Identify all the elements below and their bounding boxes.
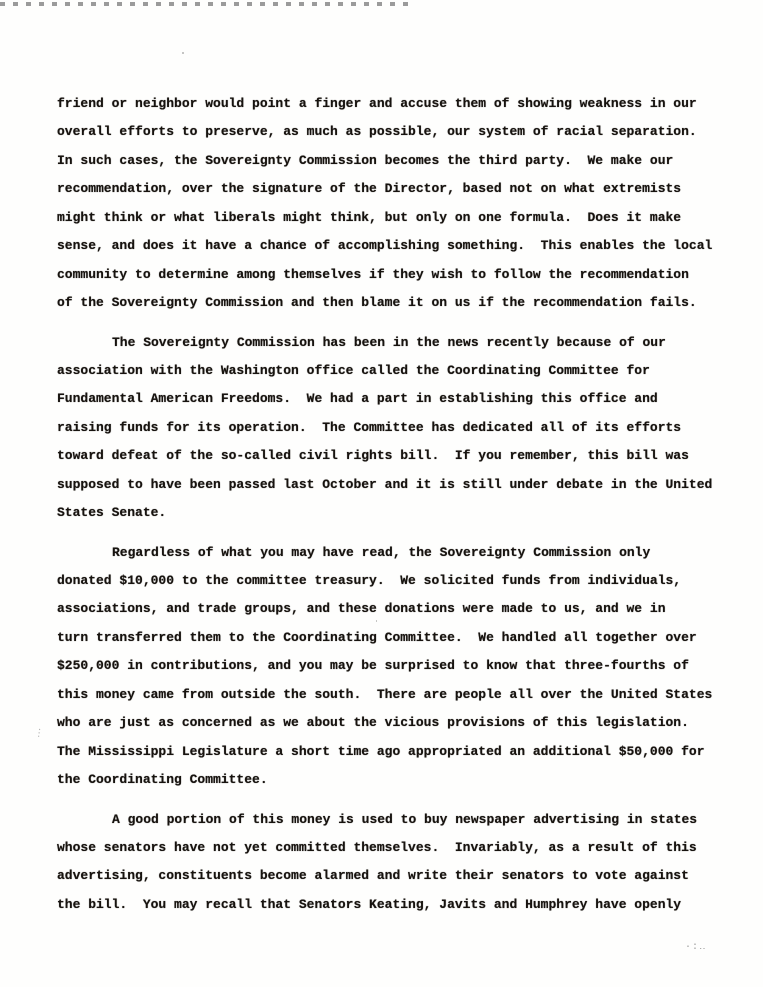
text-line: donated $10,000 to the committee treasur…: [57, 567, 725, 595]
text-line: friend or neighbor would point a finger …: [57, 90, 725, 118]
scanned-document-page: friend or neighbor would point a finger …: [0, 0, 763, 987]
paragraph: The Sovereignty Commission has been in t…: [57, 329, 725, 528]
text-line: Fundamental American Freedoms. We had a …: [57, 385, 725, 413]
paragraph: Regardless of what you may have read, th…: [57, 539, 725, 795]
text-line: this money came from outside the south. …: [57, 681, 725, 709]
text-line: In such cases, the Sovereignty Commissio…: [57, 147, 725, 175]
text-line: who are just as concerned as we about th…: [57, 709, 725, 737]
scan-noise-speck: [66, 241, 68, 243]
text-line: sense, and does it have a chance of acco…: [57, 232, 725, 260]
document-body: friend or neighbor would point a finger …: [57, 90, 725, 919]
scan-noise-speck: [182, 52, 184, 54]
text-line: States Senate.: [57, 499, 725, 527]
text-line: Regardless of what you may have read, th…: [57, 539, 725, 567]
text-line: community to determine among themselves …: [57, 261, 725, 289]
text-line: the bill. You may recall that Senators K…: [57, 891, 725, 919]
text-line: associations, and trade groups, and thes…: [57, 595, 725, 623]
text-line: toward defeat of the so-called civil rig…: [57, 442, 725, 470]
text-line: association with the Washington office c…: [57, 357, 725, 385]
text-line: overall efforts to preserve, as much as …: [57, 118, 725, 146]
left-margin-smudge: ⋮: [33, 727, 45, 740]
text-line: A good portion of this money is used to …: [57, 806, 725, 834]
page-edge-dashed-line: [0, 2, 408, 6]
text-line: $250,000 in contributions, and you may b…: [57, 652, 725, 680]
scan-noise-speck: [288, 240, 290, 242]
text-line: advertising, constituents become alarmed…: [57, 862, 725, 890]
paragraph: friend or neighbor would point a finger …: [57, 90, 725, 318]
text-line: turn transferred them to the Coordinatin…: [57, 624, 725, 652]
text-line: recommendation, over the signature of th…: [57, 175, 725, 203]
text-line: the Coordinating Committee.: [57, 766, 725, 794]
text-line: whose senators have not yet committed th…: [57, 834, 725, 862]
scan-noise-speck: [376, 620, 377, 622]
text-line: The Sovereignty Commission has been in t…: [57, 329, 725, 357]
text-line: supposed to have been passed last Octobe…: [57, 471, 725, 499]
text-line: The Mississippi Legislature a short time…: [57, 738, 725, 766]
paragraph: A good portion of this money is used to …: [57, 806, 725, 920]
bottom-right-smudge: ·:‥: [685, 941, 707, 953]
text-line: might think or what liberals might think…: [57, 204, 725, 232]
text-line: of the Sovereignty Commission and then b…: [57, 289, 725, 317]
text-line: raising funds for its operation. The Com…: [57, 414, 725, 442]
